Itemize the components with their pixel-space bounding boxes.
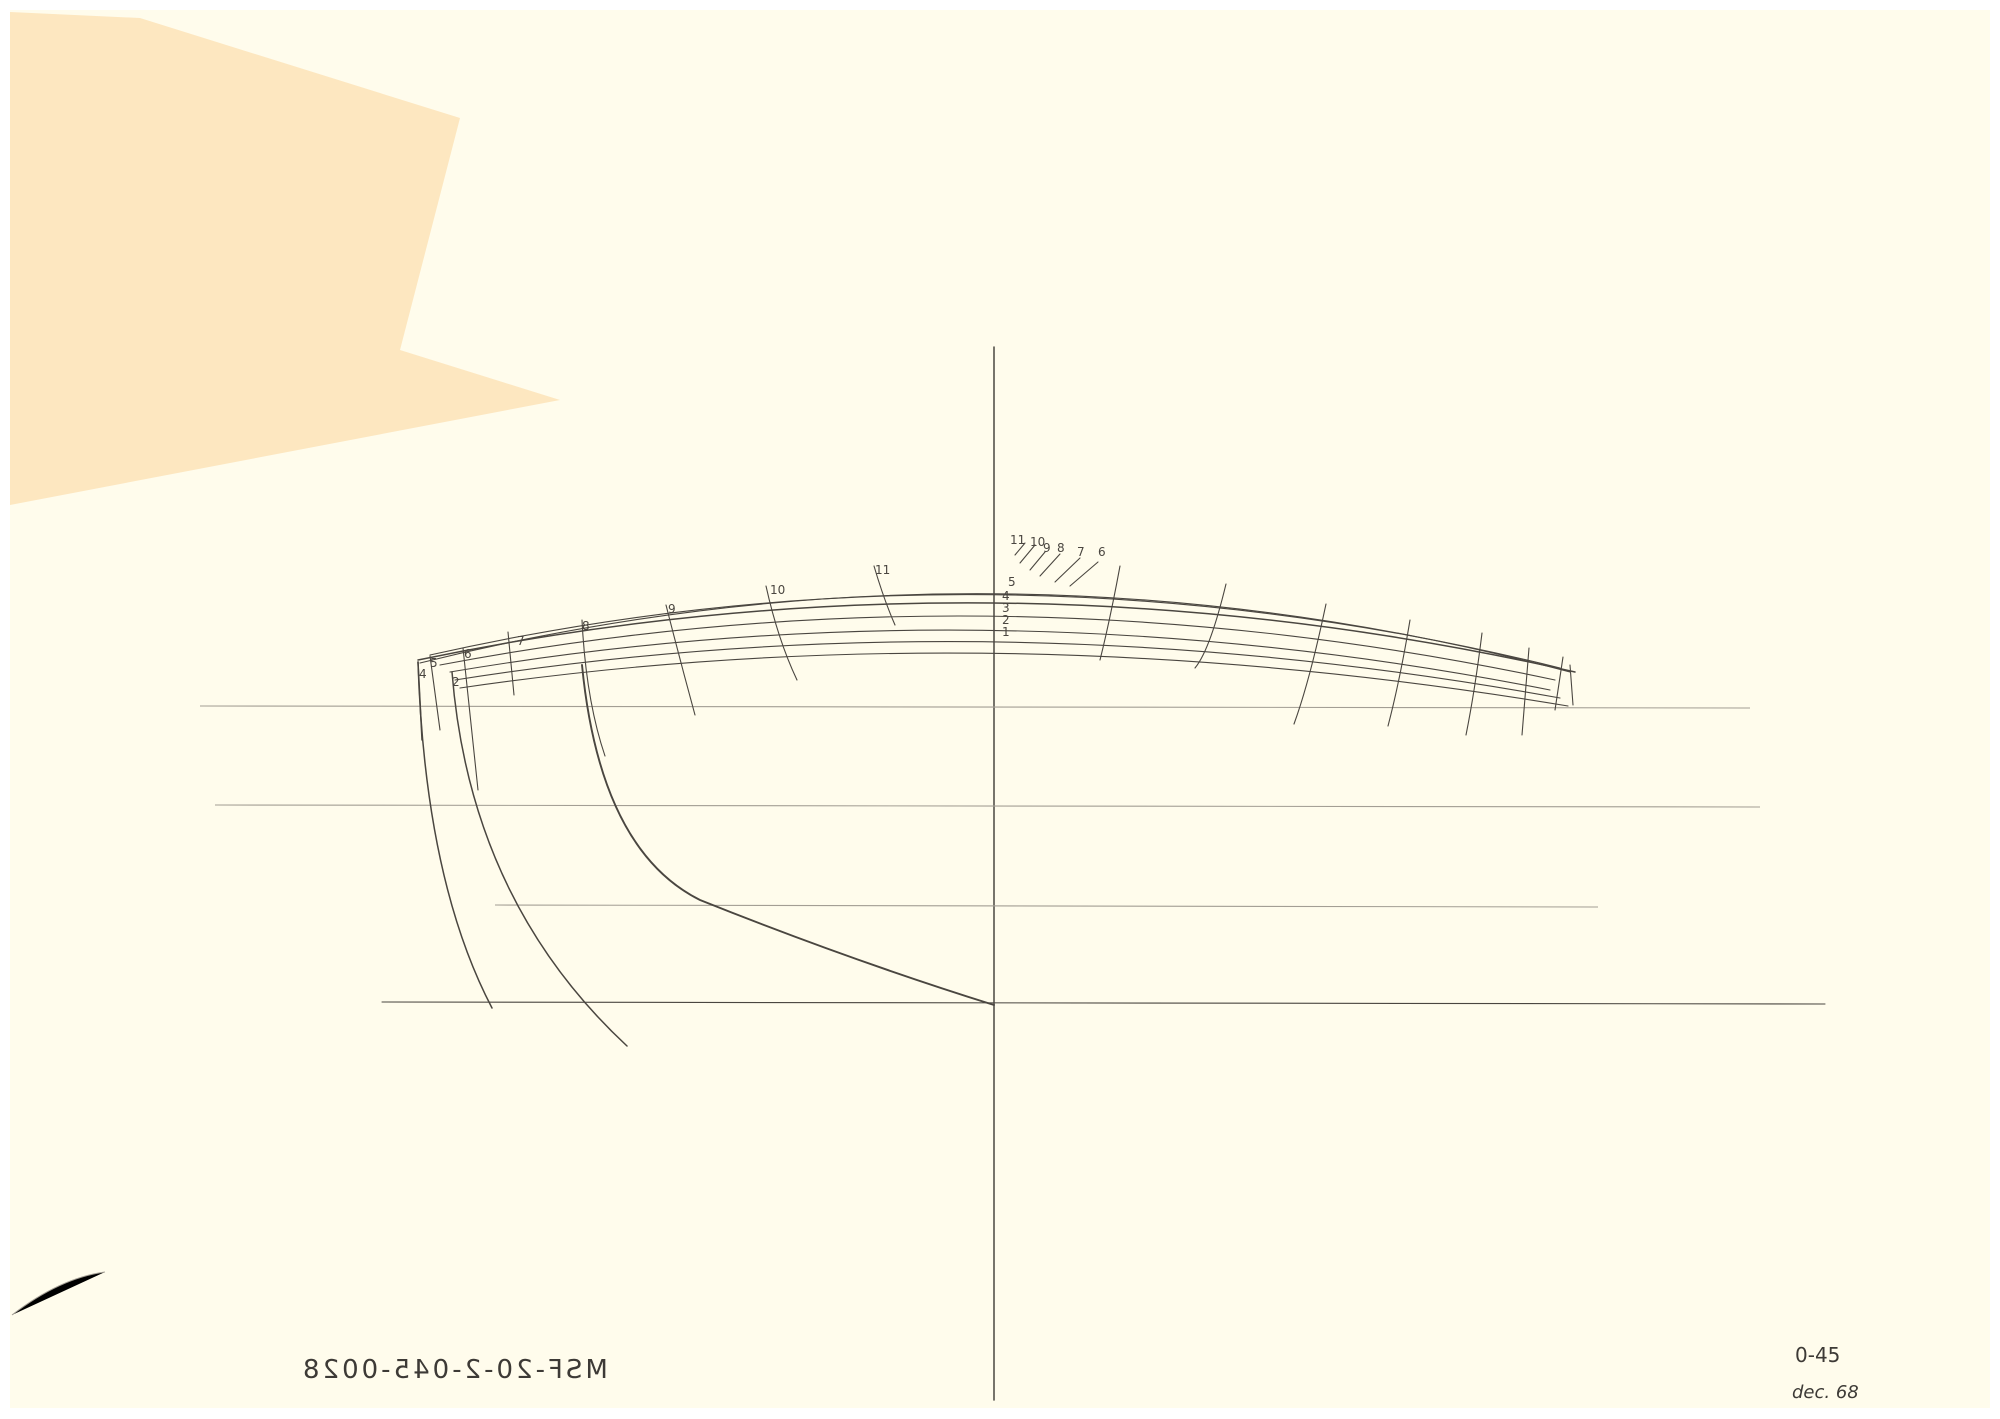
drawing-date: dec. 68	[1792, 1382, 1859, 1403]
left-stations	[418, 566, 895, 790]
svg-text:11: 11	[1010, 533, 1025, 547]
svg-text:4: 4	[419, 667, 427, 681]
svg-text:5: 5	[1008, 575, 1016, 589]
sheet-code-text: 0-45	[1795, 1343, 1840, 1367]
grid-line-3	[495, 905, 1598, 907]
svg-text:8: 8	[1057, 541, 1065, 555]
svg-text:8: 8	[582, 619, 590, 633]
drawing-date-text: dec. 68	[1792, 1382, 1859, 1403]
svg-text:10: 10	[770, 583, 785, 597]
svg-text:5: 5	[430, 656, 438, 670]
archive-number: MSF-20-2-045-0028	[300, 1355, 608, 1385]
hull-curves	[418, 662, 994, 1046]
svg-text:9: 9	[668, 602, 676, 616]
svg-text:11: 11	[875, 563, 890, 577]
deck-curves	[418, 594, 1575, 706]
svg-text:7: 7	[517, 634, 525, 648]
stain-shape	[10, 12, 560, 505]
grid-line-4	[382, 1002, 1825, 1004]
svg-text:9: 9	[1043, 541, 1051, 555]
svg-text:2: 2	[452, 675, 460, 689]
archive-number-text: MSF-20-2-045-0028	[300, 1355, 608, 1385]
crease-mark	[12, 1272, 105, 1315]
svg-text:1: 1	[1002, 625, 1010, 639]
svg-text:7: 7	[1077, 545, 1085, 559]
sheet-code: 0-45	[1795, 1343, 1840, 1367]
grid-line-1	[200, 706, 1750, 708]
svg-text:6: 6	[1098, 545, 1106, 559]
grid-line-2	[215, 805, 1760, 807]
svg-text:6: 6	[464, 647, 472, 661]
body-plan-drawing: 4 5 6 2 7 8 9 10 11 11 10 9 8 7 6 5 4 3 …	[0, 0, 2000, 1419]
right-stations	[1100, 566, 1573, 735]
